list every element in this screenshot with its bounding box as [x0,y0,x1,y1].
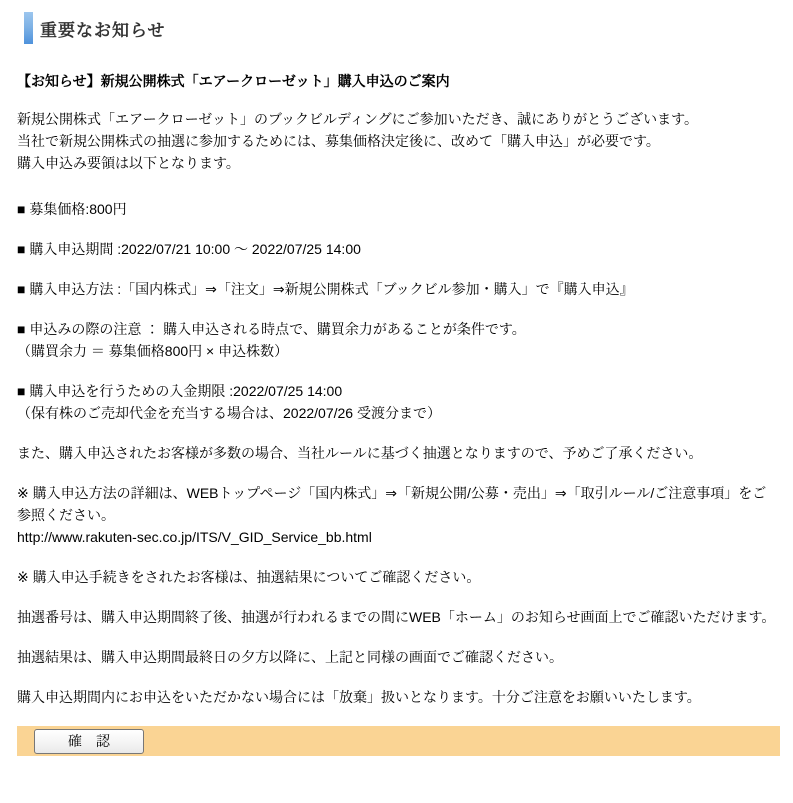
intro-line-1: 新規公開株式「エアークローゼット」のブックビルディングにご参加いただき、誠にあり… [17,108,780,130]
result-check-paragraph: ※ 購入申込手続きをされたお客様は、抽選結果についてご確認ください。 [17,566,780,588]
abandonment-warning-line: 購入申込期間内にお申込をいただかない場合には「放棄」扱いとなります。十分ご注意を… [17,686,780,708]
method-details-paragraph: ※ 購入申込方法の詳細は、WEBトップページ「国内株式」⇒「新規公開/公募・売出… [17,482,780,548]
footer-action-bar: 確 認 [17,726,780,756]
page-title: 重要なお知らせ [40,16,166,41]
notice-heading: 【お知らせ】新規公開株式「エアークローゼット」購入申込のご案内 [17,70,780,92]
deposit-deadline-line: ■ 購入申込を行うための入金期限 :2022/07/25 14:00 [17,380,780,402]
intro-line-3: 購入申込み要領は以下となります。 [17,152,780,174]
application-caution-line: ■ 申込みの際の注意 ： 購入申込される時点で、購買余力があることが条件です。 [17,318,780,340]
deposit-deadline-paragraph: ■ 購入申込を行うための入金期限 :2022/07/25 14:00 （保有株の… [17,380,780,424]
application-period-line: ■ 購入申込期間 :2022/07/21 10:00 ～ 2022/07/25 … [17,238,780,260]
sale-proceeds-note-line: （保有株のご売却代金を充当する場合は、2022/07/26 受渡分まで） [17,402,780,424]
lottery-result-line: 抽選結果は、購入申込期間最終日の夕方以降に、上記と同様の画面でご確認ください。 [17,646,780,668]
confirm-button[interactable]: 確 認 [34,729,144,754]
lottery-notice-paragraph: また、購入申込されたお客様が多数の場合、当社ルールに基づく抽選となりますので、予… [17,442,780,464]
lottery-number-paragraph: 抽選番号は、購入申込期間終了後、抽選が行われるまでの間にWEB「ホーム」のお知ら… [17,606,780,628]
header-accent-bar-icon [24,12,33,44]
lottery-notice-line: また、購入申込されたお客様が多数の場合、当社ルールに基づく抽選となりますので、予… [17,442,780,464]
lottery-result-paragraph: 抽選結果は、購入申込期間最終日の夕方以降に、上記と同様の画面でご確認ください。 [17,646,780,668]
buying-power-formula-line: （購買余力 ＝ 募集価格800円 × 申込株数） [17,340,780,362]
service-url-text: http://www.rakuten-sec.co.jp/ITS/V_GID_S… [17,526,780,548]
application-caution-paragraph: ■ 申込みの際の注意 ： 購入申込される時点で、購買余力があることが条件です。 … [17,318,780,362]
abandonment-warning-paragraph: 購入申込期間内にお申込をいただかない場合には「放棄」扱いとなります。十分ご注意を… [17,686,780,708]
result-check-line: ※ 購入申込手続きをされたお客様は、抽選結果についてご確認ください。 [17,566,780,588]
page-header: 重要なお知らせ [17,12,780,44]
lottery-number-line: 抽選番号は、購入申込期間終了後、抽選が行われるまでの間にWEB「ホーム」のお知ら… [17,606,780,628]
intro-paragraph: 新規公開株式「エアークローゼット」のブックビルディングにご参加いただき、誠にあり… [17,108,780,174]
offer-price-line: ■ 募集価格:800円 [17,198,780,220]
intro-line-2: 当社で新規公開株式の抽選に参加するためには、募集価格決定後に、改めて「購入申込」… [17,130,780,152]
application-method-paragraph: ■ 購入申込方法 :「国内株式」⇒「注文」⇒新規公開株式「ブックビル参加・購入」… [17,278,780,300]
offer-price-paragraph: ■ 募集価格:800円 [17,198,780,220]
application-period-paragraph: ■ 購入申込期間 :2022/07/21 10:00 ～ 2022/07/25 … [17,238,780,260]
application-method-line: ■ 購入申込方法 :「国内株式」⇒「注文」⇒新規公開株式「ブックビル参加・購入」… [17,278,780,300]
method-details-line: ※ 購入申込方法の詳細は、WEBトップページ「国内株式」⇒「新規公開/公募・売出… [17,482,780,526]
